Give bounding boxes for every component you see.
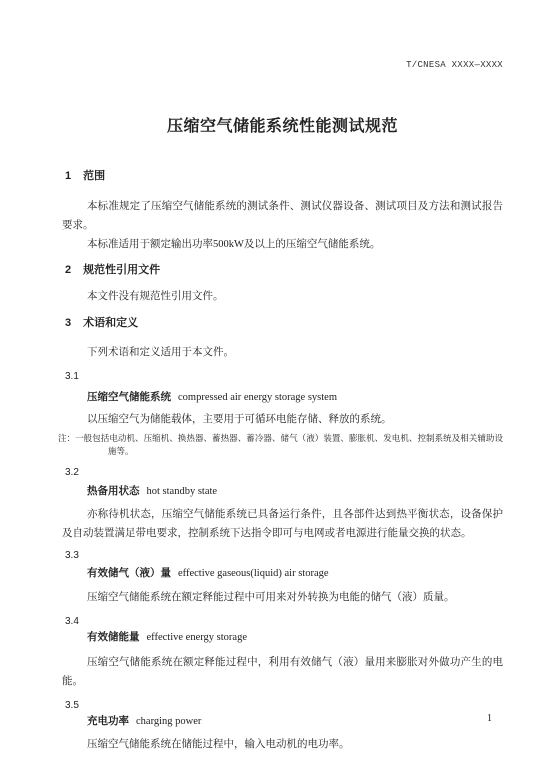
term-english: hot standby state <box>147 486 218 497</box>
document-title: 压缩空气储能系统性能测试规范 <box>62 117 503 137</box>
term-number: 3.4 <box>62 616 503 628</box>
term-block: 3.2 热备用状态hot standby state 亦称待机状态，压缩空气储能… <box>62 467 503 543</box>
section-number: 1 <box>65 169 71 183</box>
term-heading: 有效储气（液）量effective gaseous(liquid) air st… <box>62 566 503 581</box>
paragraph: 本标准规定了压缩空气储能系统的测试条件、测试仪器设备、测试项目及方法和测试报告要… <box>62 197 503 235</box>
term-english: compressed air energy storage system <box>178 392 337 403</box>
standard-number: T/CNESA XXXX—XXXX <box>62 60 503 71</box>
term-chinese: 有效储气（液）量 <box>87 567 171 579</box>
document-page: T/CNESA XXXX—XXXX 压缩空气储能系统性能测试规范 1范围 本标准… <box>0 0 550 778</box>
paragraph: 下列术语和定义适用于本文件。 <box>62 343 503 362</box>
section-2-heading: 2规范性引用文件 <box>62 263 503 277</box>
term-chinese: 有效储能量 <box>87 631 140 643</box>
term-definition: 压缩空气储能系统在储能过程中，输入电动机的电功率。 <box>62 735 503 754</box>
term-number: 3.2 <box>62 467 503 479</box>
term-number: 3.5 <box>62 700 503 712</box>
term-chinese: 热备用状态 <box>87 485 140 497</box>
section-3-heading: 3术语和定义 <box>62 316 503 330</box>
section-number: 3 <box>65 316 71 330</box>
section-1-heading: 1范围 <box>62 169 503 183</box>
paragraph: 本文件没有规范性引用文件。 <box>62 287 503 306</box>
term-block: 3.5 充电功率charging power 压缩空气储能系统在储能过程中，输入… <box>62 700 503 754</box>
term-english: effective energy storage <box>147 632 247 643</box>
term-definition: 压缩空气储能系统在额定释能过程中，利用有效储气（液）量用来膨胀对外做功产生的电能… <box>62 653 503 691</box>
term-heading: 压缩空气储能系统compressed air energy storage sy… <box>62 390 503 405</box>
term-definition: 亦称待机状态，压缩空气储能系统已具备运行条件，且各部件达到热平衡状态，设备保护及… <box>62 505 503 543</box>
page-number: 1 <box>487 713 492 725</box>
term-number: 3.1 <box>62 371 503 383</box>
term-definition: 以压缩空气为储能载体，主要用于可循环电能存储、释放的系统。 <box>62 410 503 429</box>
term-block: 3.4 有效储能量effective energy storage 压缩空气储能… <box>62 616 503 691</box>
term-heading: 有效储能量effective energy storage <box>62 630 503 645</box>
section-title: 范围 <box>83 170 105 182</box>
term-chinese: 充电功率 <box>87 715 129 727</box>
term-english: charging power <box>136 716 201 727</box>
term-note: 注：一般包括电动机、压缩机、换热器、蓄热器、蓄冷器、储气（液）装置、膨胀机、发电… <box>58 432 503 458</box>
term-block: 3.1 压缩空气储能系统compressed air energy storag… <box>62 371 503 458</box>
term-number: 3.3 <box>62 550 503 562</box>
term-heading: 热备用状态hot standby state <box>62 484 503 499</box>
term-chinese: 压缩空气储能系统 <box>87 391 171 403</box>
section-number: 2 <box>65 263 71 277</box>
paragraph: 本标准适用于额定输出功率500kW及以上的压缩空气储能系统。 <box>62 235 503 254</box>
section-title: 规范性引用文件 <box>83 264 160 276</box>
term-definition: 压缩空气储能系统在额定释能过程中可用来对外转换为电能的储气（液）质量。 <box>62 588 503 607</box>
term-block: 3.3 有效储气（液）量effective gaseous(liquid) ai… <box>62 550 503 607</box>
section-title: 术语和定义 <box>83 317 138 329</box>
term-english: effective gaseous(liquid) air storage <box>178 568 329 579</box>
term-heading: 充电功率charging power <box>62 714 503 729</box>
